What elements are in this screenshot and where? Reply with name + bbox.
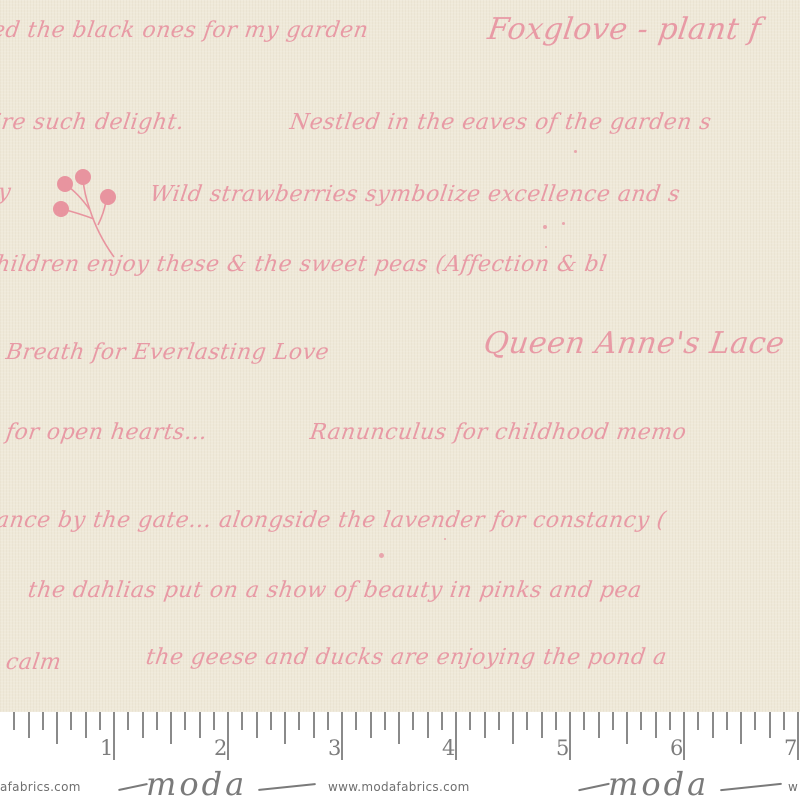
- ruler-number: 6: [670, 736, 683, 760]
- ruler-tick: [85, 712, 87, 738]
- script-line: for open hearts...: [4, 420, 209, 445]
- ruler-tick: [512, 712, 514, 744]
- ruler-tick: [469, 712, 471, 730]
- ruler-tick: [355, 712, 357, 730]
- ruler-tick: [669, 712, 671, 730]
- ruler-tick: [213, 712, 215, 730]
- moda-logo: moda: [608, 770, 709, 798]
- ruler-tick: [327, 712, 329, 730]
- ruler-tick: [284, 712, 286, 744]
- ink-speck: [574, 150, 577, 153]
- ruler-tick: [56, 712, 58, 744]
- script-line: Ranunculus for childhood memo: [308, 420, 688, 445]
- ruler-tick: [726, 712, 728, 730]
- ruler-number: 4: [442, 736, 455, 760]
- logo-swoosh: [118, 783, 148, 791]
- ruler-tick: [28, 712, 30, 738]
- ruler-tick: [412, 712, 414, 730]
- ink-speck: [444, 538, 446, 540]
- script-line: calm: [4, 650, 63, 675]
- ink-speck: [545, 246, 547, 248]
- ruler-tick: [270, 712, 272, 730]
- ruler-tick: [441, 712, 443, 730]
- ruler-number: 5: [556, 736, 569, 760]
- ruler-tick: [427, 712, 429, 738]
- website-link[interactable]: www.modafabrics.com: [328, 780, 470, 794]
- ruler-tick: [541, 712, 543, 738]
- script-line: Queen Anne's Lace: [482, 326, 787, 361]
- ruler-tick: [99, 712, 101, 730]
- script-line: Breath for Everlasting Love: [4, 340, 331, 365]
- ruler-tick: [484, 712, 486, 738]
- website-fragment: w: [788, 780, 798, 794]
- ruler-number: 1: [100, 736, 113, 760]
- logo-swoosh: [720, 783, 782, 791]
- ink-speck: [379, 553, 384, 558]
- ruler-tick: [655, 712, 657, 738]
- script-line: the dahlias put on a show of beauty in p…: [26, 578, 643, 603]
- script-line: Nestled in the eaves of the garden s: [288, 110, 713, 135]
- ruler-tick: [313, 712, 315, 738]
- logo-swoosh: [258, 783, 316, 791]
- ruler-tick: [555, 712, 557, 730]
- ruler-tick: [384, 712, 386, 730]
- ruler-tick: [740, 712, 742, 744]
- script-line: the geese and ducks are enjoying the pon…: [144, 645, 668, 670]
- ruler-number: 3: [328, 736, 341, 760]
- script-line: y: [0, 180, 13, 205]
- ink-speck: [543, 225, 547, 229]
- ruler-number: 2: [214, 736, 227, 760]
- ruler-tick: [298, 712, 300, 730]
- script-line: ire such delight.: [0, 110, 186, 135]
- ruler-tick: [612, 712, 614, 730]
- ruler-tick: [626, 712, 628, 744]
- ruler-tick: [526, 712, 528, 730]
- ruler-tick: [241, 712, 243, 730]
- ruler-tick: [398, 712, 400, 744]
- script-line: ed the black ones for my garden: [0, 18, 370, 43]
- ruler-tick: [127, 712, 129, 730]
- ruler-tick: [769, 712, 771, 738]
- ruler-tick: [783, 712, 785, 730]
- script-line: ance by the gate... alongside the lavend…: [0, 508, 668, 533]
- ruler-tick: [370, 712, 372, 738]
- ruler-tick: [184, 712, 186, 730]
- moda-logo: moda: [146, 770, 247, 798]
- ruler-tick: [142, 712, 144, 738]
- website-fragment: afabrics.com: [0, 780, 81, 794]
- ruler-tick: [712, 712, 714, 738]
- script-line: Wild strawberries symbolize excellence a…: [148, 182, 682, 207]
- ruler-tick: [498, 712, 500, 730]
- ruler-tick: [640, 712, 642, 730]
- script-line: Foxglove - plant f: [486, 12, 764, 47]
- ruler-tick: [13, 712, 15, 730]
- ruler-tick: [583, 712, 585, 730]
- flower-sprig-icon: [48, 165, 128, 265]
- ruler-number: 7: [784, 736, 797, 760]
- ruler-tick: [42, 712, 44, 730]
- fabric-swatch: ed the black ones for my gardenFoxglove …: [0, 0, 800, 712]
- ruler-tick: [697, 712, 699, 730]
- ruler-tick: [754, 712, 756, 730]
- ruler-tick: [199, 712, 201, 738]
- ruler-tick: [256, 712, 258, 738]
- ruler-tick: [170, 712, 172, 744]
- logo-swoosh: [578, 783, 610, 792]
- ruler: 1 2 3 4 5 6 7 moda www.modafabrics.com a…: [0, 712, 800, 800]
- ruler-tick: [156, 712, 158, 730]
- ink-speck: [562, 222, 565, 225]
- ruler-tick: [598, 712, 600, 738]
- ruler-tick: [70, 712, 72, 730]
